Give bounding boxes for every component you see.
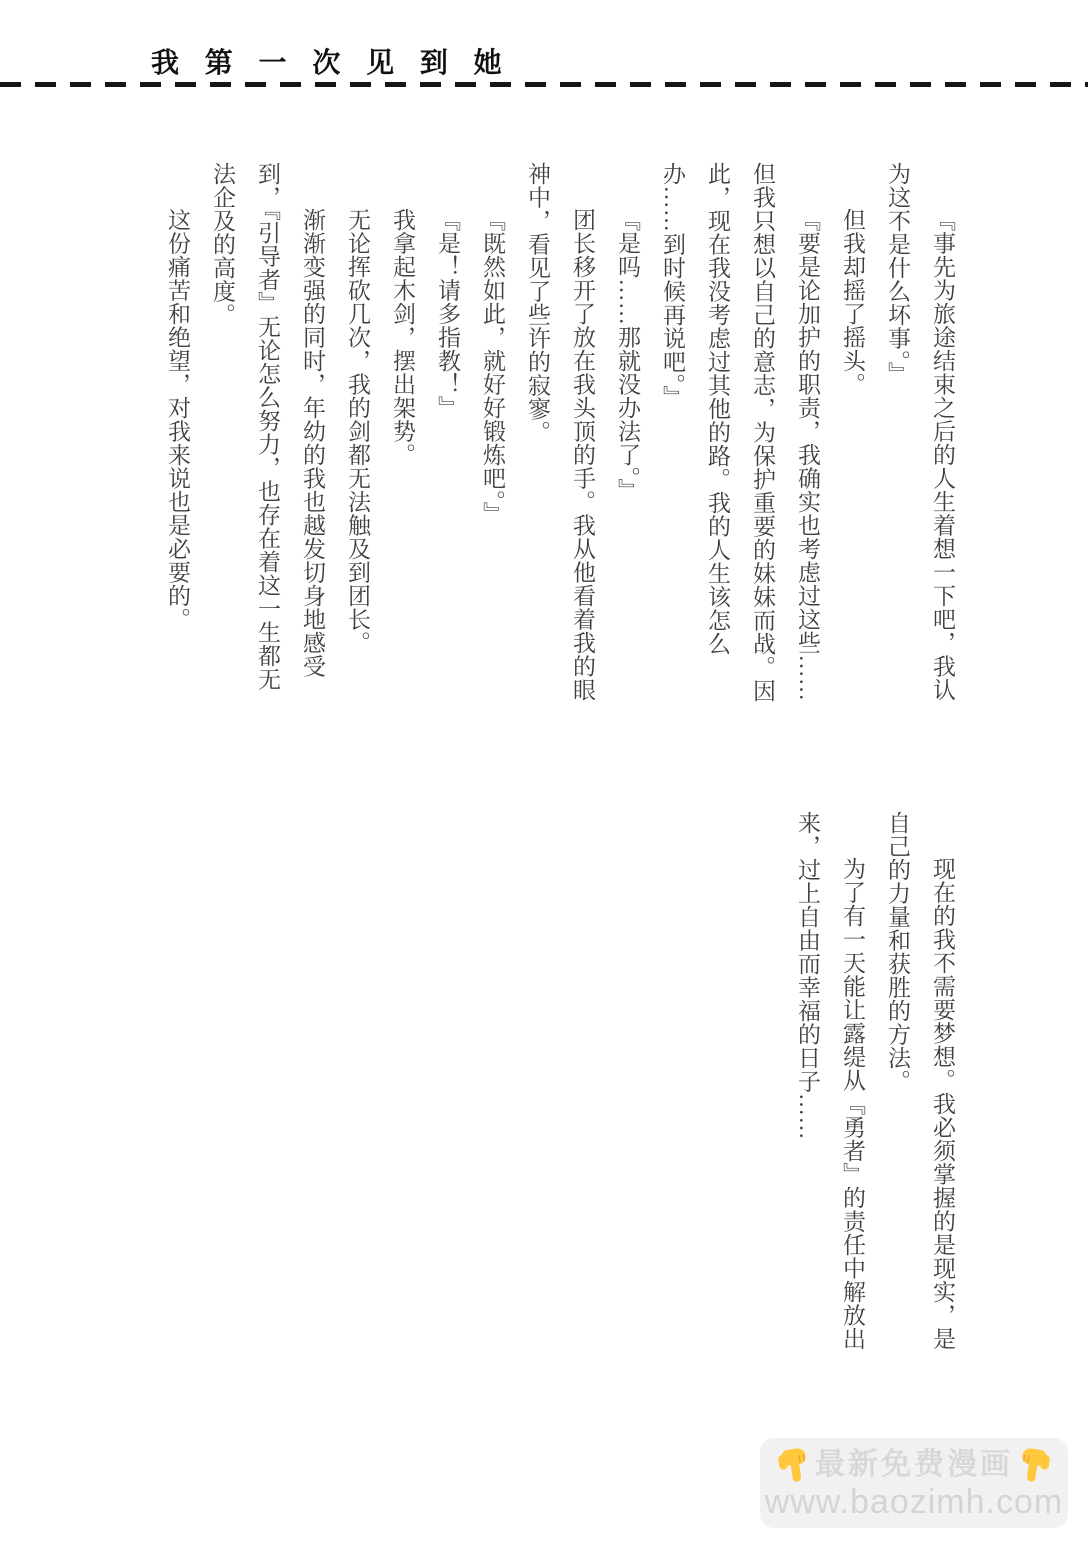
novel-paragraph: 我拿起木剑，摆出架势。: [380, 162, 425, 710]
novel-paragraph: 渐渐变强的同时，年幼的我也越发切身地感受到，『引导者』无论怎么努力，也存在着这一…: [200, 162, 335, 710]
novel-paragraph: 但我却摇了摇头。: [830, 162, 875, 710]
novel-page: 我 第 一 次 见 到 她 『事先为旅途结束之后的人生着想一下吧，我认为这不是什…: [0, 0, 1088, 1547]
novel-paragraph: 为了有一天能让露缇从『勇者』的责任中解放出来，过上自由而幸福的日子……: [785, 811, 875, 1356]
novel-paragraph: 这份痛苦和绝望，对我来说也是必要的。: [155, 162, 200, 710]
header-divider: [0, 82, 1088, 87]
pointing-down-finger-icon: [777, 1447, 811, 1483]
novel-text-block-lower: 现在的我不需要梦想。我必须掌握的是现实，是自己的力量和获胜的方法。为了有一天能让…: [785, 811, 965, 1356]
novel-paragraph: 团长移开了放在我头顶的手。我从他看着我的眼神中，看见了些许的寂寥。: [515, 162, 605, 710]
watermark-url[interactable]: www.baozimh.com: [765, 1485, 1063, 1519]
novel-paragraph: 『是吗……那就没办法了。』: [605, 162, 650, 710]
novel-paragraph: 『是！请多指教！』: [425, 162, 470, 710]
watermark-text: 最新免费漫画: [815, 1450, 1013, 1480]
page-title: 我 第 一 次 见 到 她: [151, 41, 511, 81]
novel-paragraph: 现在的我不需要梦想。我必须掌握的是现实，是自己的力量和获胜的方法。: [875, 811, 965, 1356]
novel-paragraph: 『既然如此，就好好锻炼吧。』: [470, 162, 515, 710]
watermark-banner[interactable]: 最新免费漫画 www.baozimh.com: [760, 1438, 1068, 1528]
pointing-down-finger-icon: [1017, 1447, 1051, 1483]
novel-text-block-upper: 『事先为旅途结束之后的人生着想一下吧，我认为这不是什么坏事。』但我却摇了摇头。『…: [155, 162, 965, 710]
novel-paragraph: 『事先为旅途结束之后的人生着想一下吧，我认为这不是什么坏事。』: [875, 162, 965, 710]
watermark-headline: 最新免费漫画: [777, 1447, 1051, 1483]
novel-paragraph: 无论挥砍几次，我的剑都无法触及到团长。: [335, 162, 380, 710]
novel-paragraph: 『要是论加护的职责，我确实也考虑过这些……但我只想以自己的意志，为保护重要的妹妹…: [650, 162, 830, 710]
